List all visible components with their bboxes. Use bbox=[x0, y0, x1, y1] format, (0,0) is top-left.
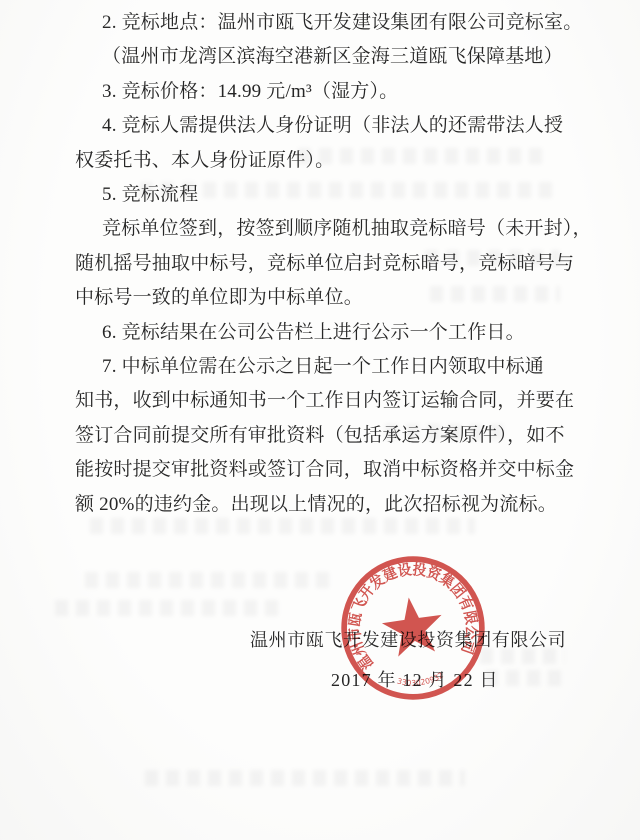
body-line: 5. 竞标流程 bbox=[75, 178, 580, 212]
svg-text:3303020932: 3303020932 bbox=[395, 670, 446, 690]
document-body: 2. 竞标地点：温州市瓯飞开发建设集团有限公司竞标室。 （温州市龙湾区滨海空港新… bbox=[75, 6, 580, 522]
scanned-document-page: 2. 竞标地点：温州市瓯飞开发建设集团有限公司竞标室。 （温州市龙湾区滨海空港新… bbox=[0, 0, 640, 840]
body-line: 7. 中标单位需在公示之日起一个工作日内领取中标通 bbox=[75, 350, 580, 384]
body-line: 能按时提交审批资料或签订合同，取消中标资格并交中标金 bbox=[75, 453, 580, 487]
body-line: 4. 竞标人需提供法人身份证明（非法人的还需带法人授 bbox=[75, 109, 580, 143]
bleed-through-artifact bbox=[85, 572, 335, 588]
body-line: 知书，收到中标通知书一个工作日内签订运输合同，并要在 bbox=[75, 384, 580, 418]
seal-star-icon bbox=[379, 593, 447, 658]
body-line: 权委托书、本人身份证原件）。 bbox=[75, 144, 580, 178]
body-line: 随机摇号抽取中标号，竞标单位启封竞标暗号，竞标暗号与 bbox=[75, 247, 580, 281]
bleed-through-artifact bbox=[55, 600, 285, 616]
body-line: 2. 竞标地点：温州市瓯飞开发建设集团有限公司竞标室。 bbox=[75, 6, 580, 40]
body-line: 6. 竞标结果在公司公告栏上进行公示一个工作日。 bbox=[75, 316, 580, 350]
body-line: 中标号一致的单位即为中标单位。 bbox=[75, 281, 580, 315]
body-line: 额 20%的违约金。出现以上情况的，此次招标视为流标。 bbox=[75, 488, 580, 522]
official-seal-stamp: 温州市瓯飞开发建设投资集团有限公司 3303020932 bbox=[329, 544, 496, 711]
seal-serial-number: 3303020932 bbox=[395, 670, 446, 690]
body-line: 竞标单位签到，按签到顺序随机抽取竞标暗号（未开封）， bbox=[75, 212, 580, 246]
body-line: 签订合同前提交所有审批资料（包括承运方案原件），如不 bbox=[75, 419, 580, 453]
body-line: （温州市龙湾区滨海空港新区金海三道瓯飞保障基地） bbox=[75, 40, 580, 74]
body-line: 3. 竞标价格：14.99 元/m³（湿方）。 bbox=[75, 75, 580, 109]
bleed-through-artifact bbox=[145, 770, 465, 786]
